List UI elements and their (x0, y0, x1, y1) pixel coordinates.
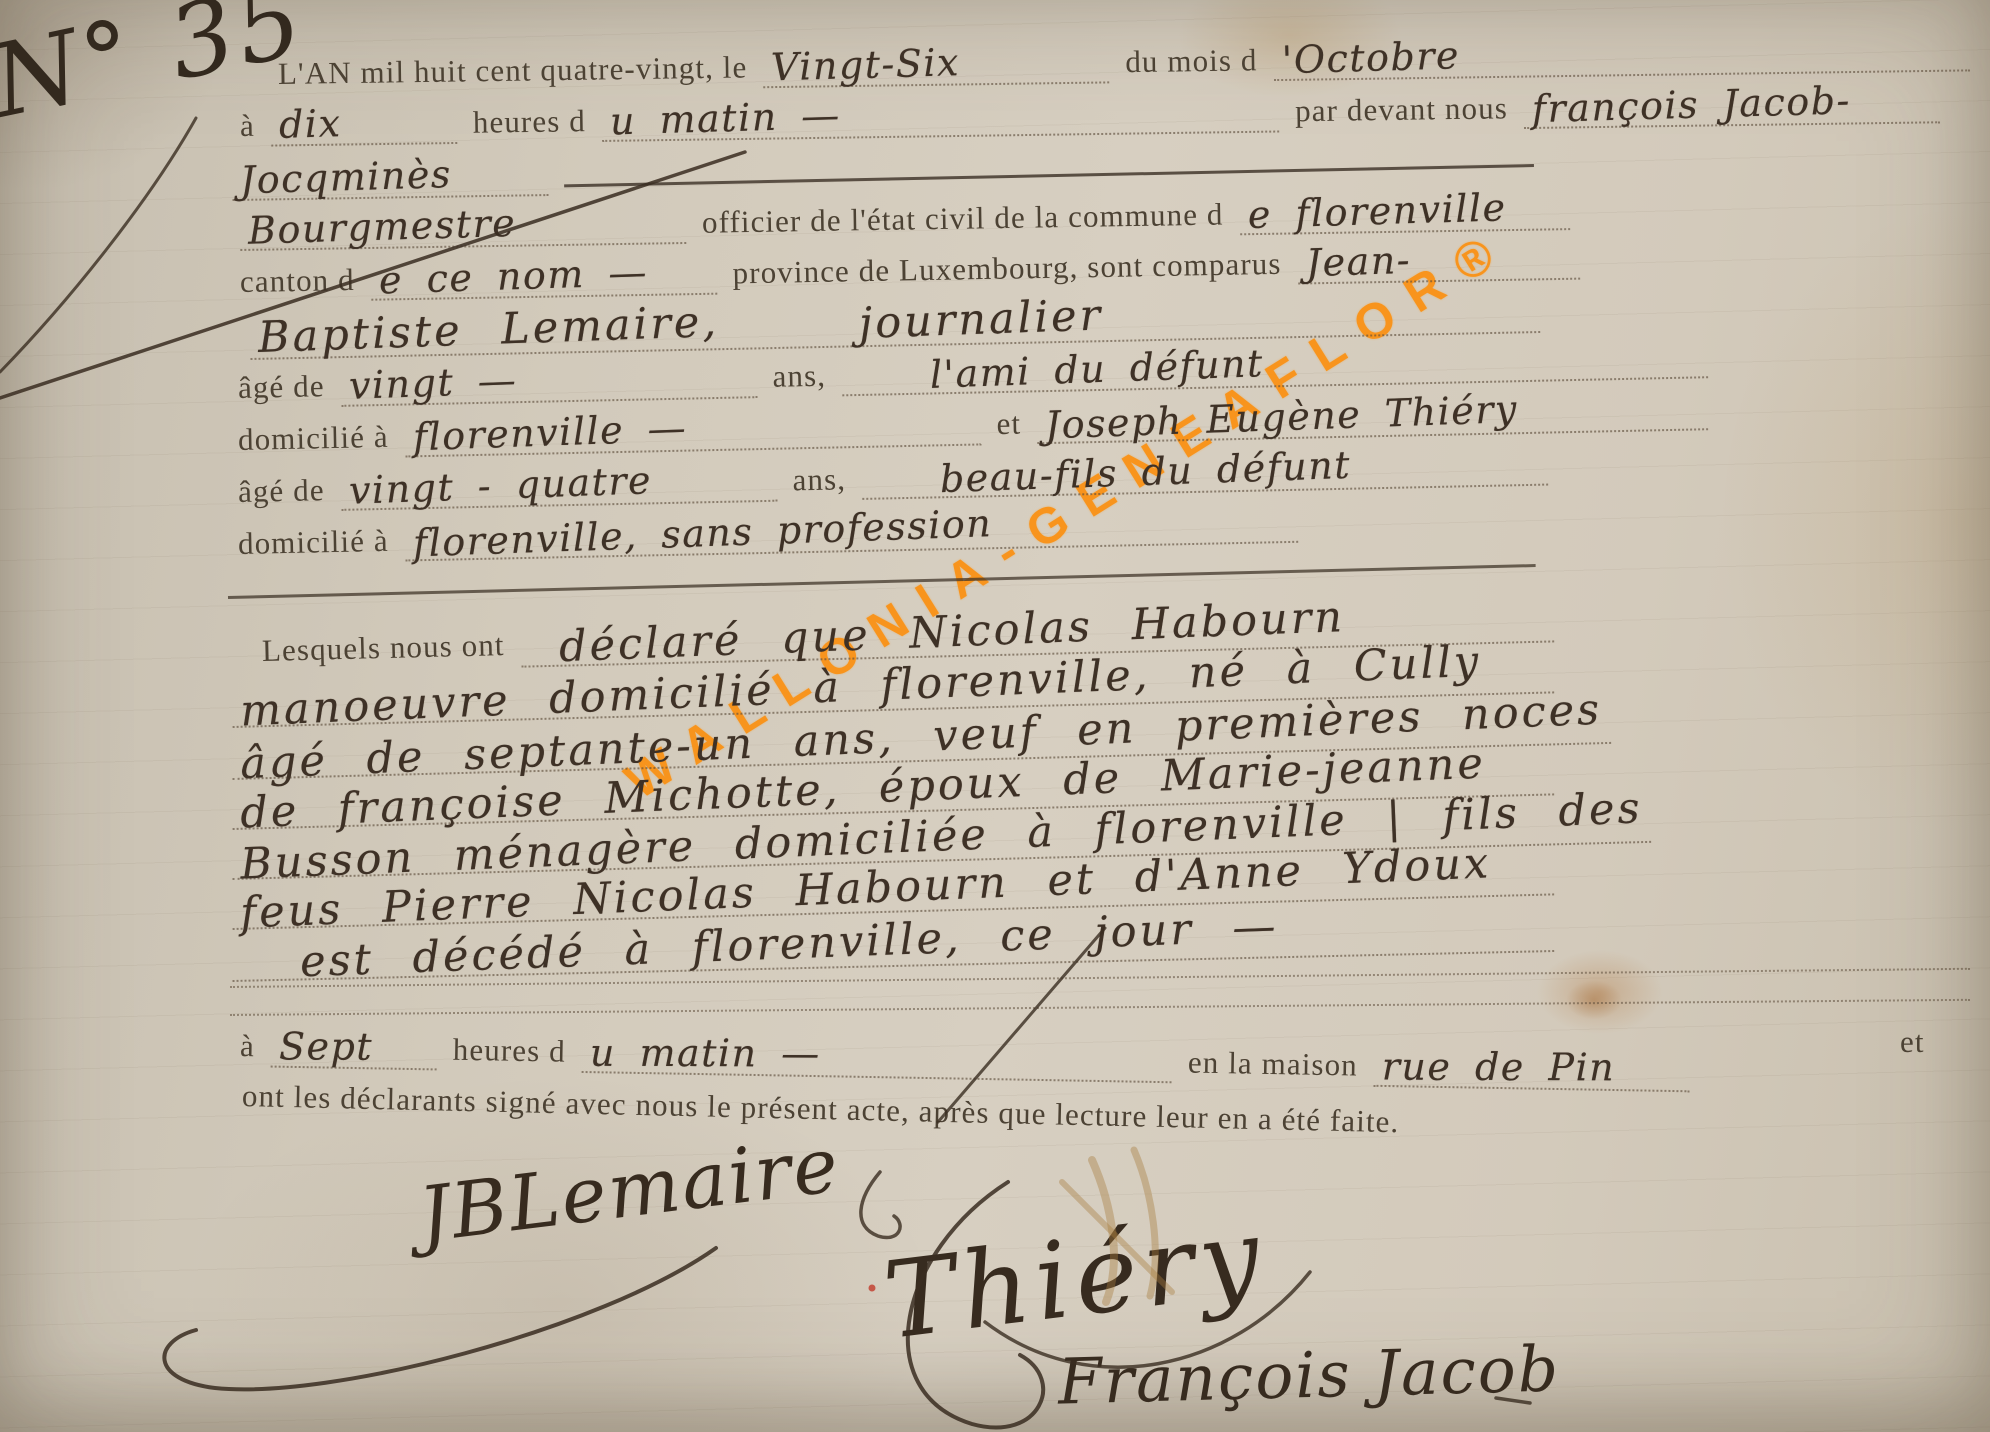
blank-officiant-2: Jocqminès (232, 153, 549, 201)
blank-domicile2: florenville, sans profession (404, 500, 1298, 562)
blank-witness2-name: Joseph Eugène Thiéry (1037, 387, 1708, 444)
blank-death-daypart: u matin — (581, 1030, 1172, 1083)
blank-hour: dix (271, 101, 458, 147)
printed-text: canton d (240, 264, 355, 297)
blank-domicile1: florenville — (404, 402, 981, 457)
handwritten-witness2-name: Joseph Eugène Thiéry (1045, 390, 1519, 444)
handwritten-witness1-firstname: Jean- (1305, 241, 1411, 282)
handwritten-canton: e ce nom — (378, 253, 648, 299)
handwritten-age1: vingt — (348, 361, 518, 405)
handwritten-witness1-name: Baptiste Lemaire, (257, 301, 719, 360)
handwritten-hour: dix (278, 104, 341, 144)
printed-text: par devant nous (1295, 92, 1508, 126)
printed-text: domicilié à (238, 525, 389, 559)
blank-commune: e florenville (1239, 187, 1570, 235)
blank-title: Bourgmestre (240, 201, 687, 251)
handwritten-month: 'Octobre (1281, 36, 1460, 79)
dotted-rule (230, 999, 1970, 1016)
death-record-scan: N° 35 WALLONIA-GENEAFLOR® L'AN mil huit … (0, 0, 1990, 1432)
signature-flourish (861, 1172, 900, 1238)
printed-text: âgé de (238, 474, 325, 507)
handwritten-age2: vingt - quatre (348, 461, 652, 510)
blank-death-hour: Sept (270, 1025, 437, 1071)
printed-text: à (240, 1030, 255, 1061)
handwritten-domicile1: florenville — (412, 409, 687, 457)
blank-day: Vingt-Six (763, 40, 1110, 88)
handwritten-witness1-occupation: journalier (858, 294, 1104, 346)
blank-month: 'Octobre (1273, 28, 1970, 81)
handwritten-domicile2: florenville, sans profession (412, 504, 992, 562)
blank-witness1: Jean- (1297, 237, 1580, 285)
blank-daypart: u matin — (601, 89, 1279, 141)
printed-text: à (240, 110, 255, 141)
handwritten-day: Vingt-Six (771, 43, 961, 86)
handwritten-relation1: l'ami du défunt (929, 344, 1264, 394)
printed-text-et: et (1900, 1026, 1925, 1057)
blank-canton: e ce nom — (370, 252, 717, 301)
printed-text: L'AN mil huit cent quatre-vingt, le (278, 51, 748, 89)
blank-house: rue de Pin (1373, 1044, 1690, 1093)
handwritten-commune: e florenville (1247, 188, 1507, 234)
printed-text: et (996, 408, 1021, 440)
ink-fill-line (564, 164, 1534, 187)
printed-text: domicilié à (238, 421, 389, 455)
flourish-stroke (0, 118, 196, 372)
printed-text: officier de l'état civil de la commune d (702, 199, 1224, 238)
printed-text: heures d (453, 1034, 566, 1067)
blank-age2: vingt - quatre (340, 459, 777, 511)
printed-text: ans, (792, 463, 846, 495)
blank-relation2: beau-fils du défunt (862, 443, 1549, 500)
signature-flourish (164, 1248, 716, 1389)
handwritten-relation2: beau-fils du défunt (939, 446, 1351, 498)
printed-text: province de Luxembourg, sont comparus (732, 248, 1281, 289)
signature-witness2: Thiéry (879, 1203, 1271, 1355)
red-speck (869, 1285, 876, 1292)
handwritten-officiant-surname: Jocqminès (239, 155, 452, 199)
handwritten-daypart: u matin — (609, 96, 841, 140)
printed-text: Lesquels nous ont (262, 629, 505, 666)
printed-text: heures d (473, 105, 586, 138)
handwritten-title: Bourgmestre (247, 204, 516, 250)
printed-text: âgé de (238, 370, 325, 403)
printed-text: en la maison (1188, 1047, 1358, 1081)
blank-officiant: françois Jacob- (1524, 80, 1941, 129)
signature-officer: François Jacob (1057, 1337, 1561, 1413)
signature-witness1: JBLemaire (415, 1127, 844, 1254)
handwritten-death-hour: Sept (279, 1027, 373, 1065)
printed-text: du mois d (1125, 44, 1258, 77)
handwritten-death-daypart: u matin — (590, 1034, 821, 1073)
printed-text: ans, (772, 360, 826, 392)
blank-age1: vingt — (340, 355, 757, 407)
final-sentence: ont les déclarants signé avec nous le pr… (242, 1080, 1702, 1144)
handwritten-officiant-name: françois Jacob- (1531, 81, 1851, 128)
handwritten-house: rue de Pin (1382, 1048, 1615, 1087)
